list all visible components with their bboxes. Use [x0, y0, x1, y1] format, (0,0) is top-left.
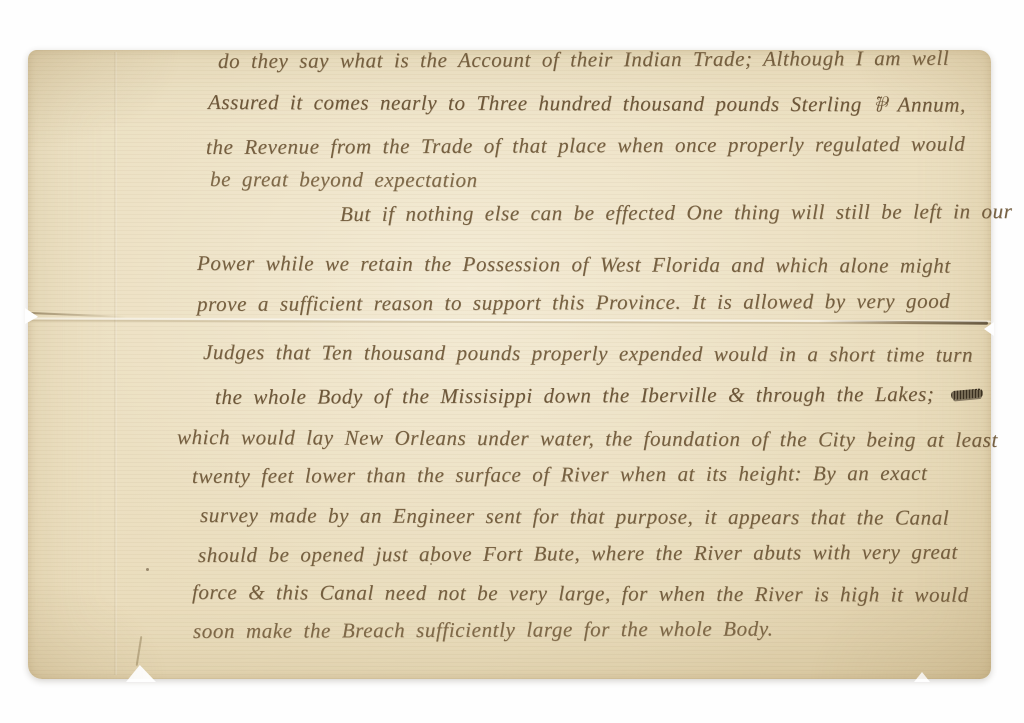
manuscript-line: survey made by an Engineer sent for that… — [200, 502, 949, 531]
manuscript-line-text: soon make the Breach sufficiently large … — [193, 616, 774, 643]
manuscript-line: which would lay New Orleans under water,… — [177, 424, 998, 453]
manuscript-line: soon make the Breach sufficiently large … — [193, 615, 774, 644]
manuscript-line: do they say what is the Account of their… — [218, 45, 949, 74]
manuscript-line-text: Judges that Ten thousand pounds properly… — [203, 340, 973, 367]
manuscript-line: the whole Body of the Missisippi down th… — [215, 381, 983, 410]
manuscript-line: Judges that Ten thousand pounds properly… — [203, 339, 973, 368]
manuscript-line-text: be great beyond expectation — [210, 167, 478, 192]
left-edge-crack — [30, 312, 126, 318]
manuscript-line-text: the whole Body of the Missisippi down th… — [215, 382, 935, 409]
manuscript-line: force & this Canal need not be very larg… — [192, 579, 969, 608]
manuscript-line-text: should be opened just above Fort Bute, w… — [198, 540, 958, 567]
manuscript-line: prove a sufficient reason to support thi… — [197, 288, 950, 317]
manuscript-line: should be opened just above Fort Bute, w… — [198, 539, 958, 568]
photograph-background: do they say what is the Account of their… — [0, 0, 1024, 723]
manuscript-line-text: prove a sufficient reason to support thi… — [197, 289, 950, 316]
ink-speck — [146, 568, 149, 571]
manuscript-line: twenty feet lower than the surface of Ri… — [192, 460, 928, 489]
manuscript-line: But if nothing else can be effected One … — [340, 198, 1013, 227]
manuscript-page: do they say what is the Account of their… — [28, 50, 991, 679]
bottom-tear-crack — [136, 636, 143, 666]
manuscript-line-text: Assured it comes nearly to Three hundred… — [208, 90, 966, 117]
crossed-out-word — [950, 388, 983, 400]
bottom-right-edge-notch — [914, 672, 930, 682]
manuscript-line: Power while we retain the Possession of … — [197, 250, 951, 279]
horizontal-fold-crease — [28, 317, 991, 324]
manuscript-line-text: twenty feet lower than the surface of Ri… — [192, 461, 928, 488]
manuscript-line-text: the Revenue from the Trade of that place… — [206, 132, 965, 159]
manuscript-line: be great beyond expectation — [210, 166, 478, 193]
left-edge-tear — [25, 308, 38, 324]
manuscript-line-text: But if nothing else can be effected One … — [340, 199, 1013, 226]
manuscript-line-text: which would lay New Orleans under water,… — [177, 425, 998, 452]
manuscript-line-text: Power while we retain the Possession of … — [197, 251, 951, 278]
right-edge-notch — [984, 322, 994, 336]
manuscript-line-text: do they say what is the Account of their… — [218, 46, 949, 73]
manuscript-line: the Revenue from the Trade of that place… — [206, 131, 965, 160]
bottom-edge-tear — [126, 665, 156, 682]
manuscript-line-text: survey made by an Engineer sent for that… — [200, 503, 949, 530]
fold-crease-dark-segment — [818, 320, 988, 324]
manuscript-line: Assured it comes nearly to Three hundred… — [208, 89, 966, 118]
vertical-fold-crease — [114, 52, 117, 675]
manuscript-line-text: force & this Canal need not be very larg… — [192, 580, 969, 607]
